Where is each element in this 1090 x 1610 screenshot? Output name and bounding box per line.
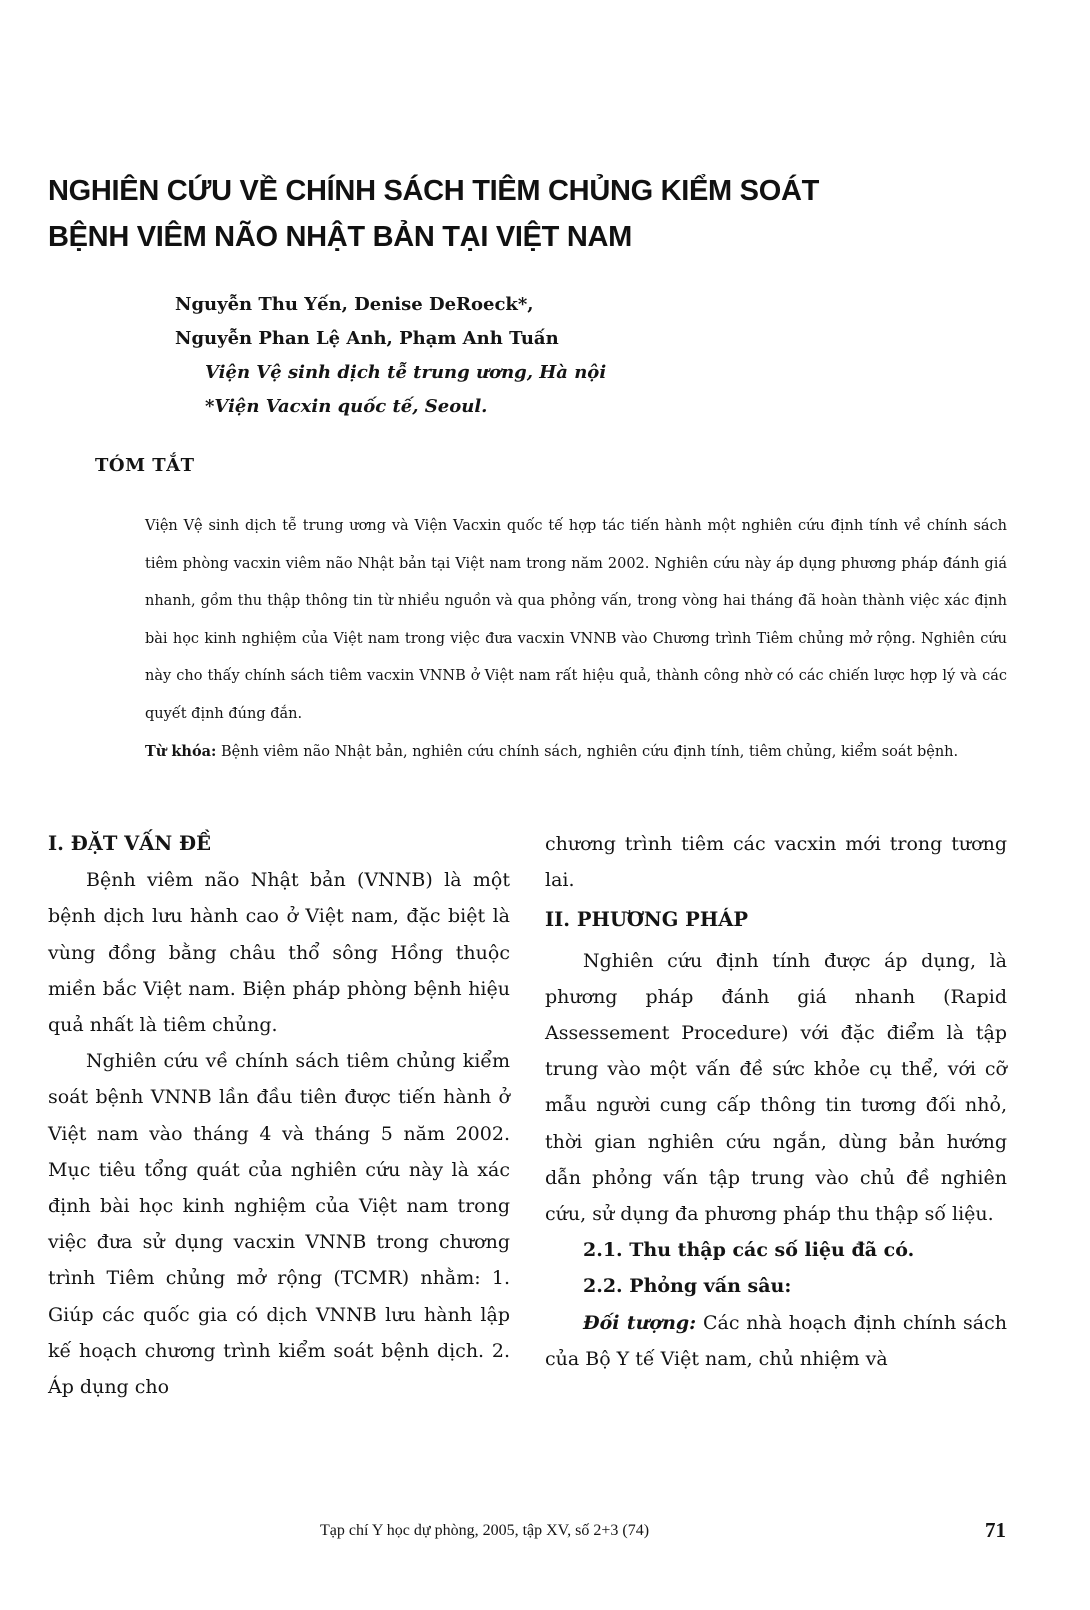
author-list: Nguyễn Thu Yến, Denise DeRoeck*, Nguyễn … bbox=[175, 288, 559, 356]
subsection-2-2-heading: 2.2. Phỏng vấn sâu: bbox=[545, 1268, 1007, 1304]
keywords-text: Bệnh viêm não Nhật bản, nghiên cứu chính… bbox=[216, 744, 958, 760]
left-column: I. ĐẶT VẤN ĐỀ Bệnh viêm não Nhật bản (VN… bbox=[48, 826, 510, 1405]
article-title: NGHIÊN CỨU VỀ CHÍNH SÁCH TIÊM CHỦNG KIỂM… bbox=[48, 168, 948, 260]
affiliations: Viện Vệ sinh dịch tễ trung ương, Hà nội … bbox=[205, 356, 606, 424]
author-line-2: Nguyễn Phan Lệ Anh, Phạm Anh Tuấn bbox=[175, 322, 559, 356]
section-1-paragraph-2: Nghiên cứu về chính sách tiêm chủng kiểm… bbox=[48, 1043, 510, 1405]
author-line-1: Nguyễn Thu Yến, Denise DeRoeck*, bbox=[175, 288, 559, 322]
section-2-heading: II. PHƯƠNG PHÁP bbox=[545, 902, 1007, 938]
section-1-paragraph-1: Bệnh viêm não Nhật bản (VNNB) là một bện… bbox=[48, 862, 510, 1043]
section-2-paragraph: Nghiên cứu định tính được áp dụng, là ph… bbox=[545, 943, 1007, 1233]
title-line-1: NGHIÊN CỨU VỀ CHÍNH SÁCH TIÊM CHỦNG KIỂM… bbox=[48, 168, 948, 214]
subsection-2-1-heading: 2.1. Thu thập các số liệu đã có. bbox=[545, 1232, 1007, 1268]
page-number: 71 bbox=[985, 1518, 1006, 1543]
keywords-paragraph: Từ khóa: Bệnh viêm não Nhật bản, nghiên … bbox=[145, 733, 1007, 772]
section-1-heading: I. ĐẶT VẤN ĐỀ bbox=[48, 826, 510, 862]
journal-citation: Tạp chí Y học dự phòng, 2005, tập XV, số… bbox=[320, 1522, 649, 1540]
right-column: chương trình tiêm các vacxin mới trong t… bbox=[545, 826, 1007, 1377]
abstract-body: Viện Vệ sinh dịch tễ trung ương và Viện … bbox=[145, 508, 1007, 733]
section-1-continuation: chương trình tiêm các vacxin mới trong t… bbox=[545, 826, 1007, 898]
affiliation-line-1: Viện Vệ sinh dịch tễ trung ương, Hà nội bbox=[205, 356, 606, 390]
title-line-2: BỆNH VIÊM NÃO NHẬT BẢN TẠI VIỆT NAM bbox=[48, 214, 948, 260]
subjects-label: Đối tượng: bbox=[583, 1312, 696, 1334]
abstract-heading: TÓM TẮT bbox=[95, 455, 195, 476]
keywords-label: Từ khóa: bbox=[145, 743, 216, 760]
abstract-block: Viện Vệ sinh dịch tễ trung ương và Viện … bbox=[145, 508, 1007, 772]
subjects-paragraph: Đối tượng: Các nhà hoạch định chính sách… bbox=[545, 1305, 1007, 1377]
affiliation-line-2: *Viện Vacxin quốc tế, Seoul. bbox=[205, 390, 606, 424]
